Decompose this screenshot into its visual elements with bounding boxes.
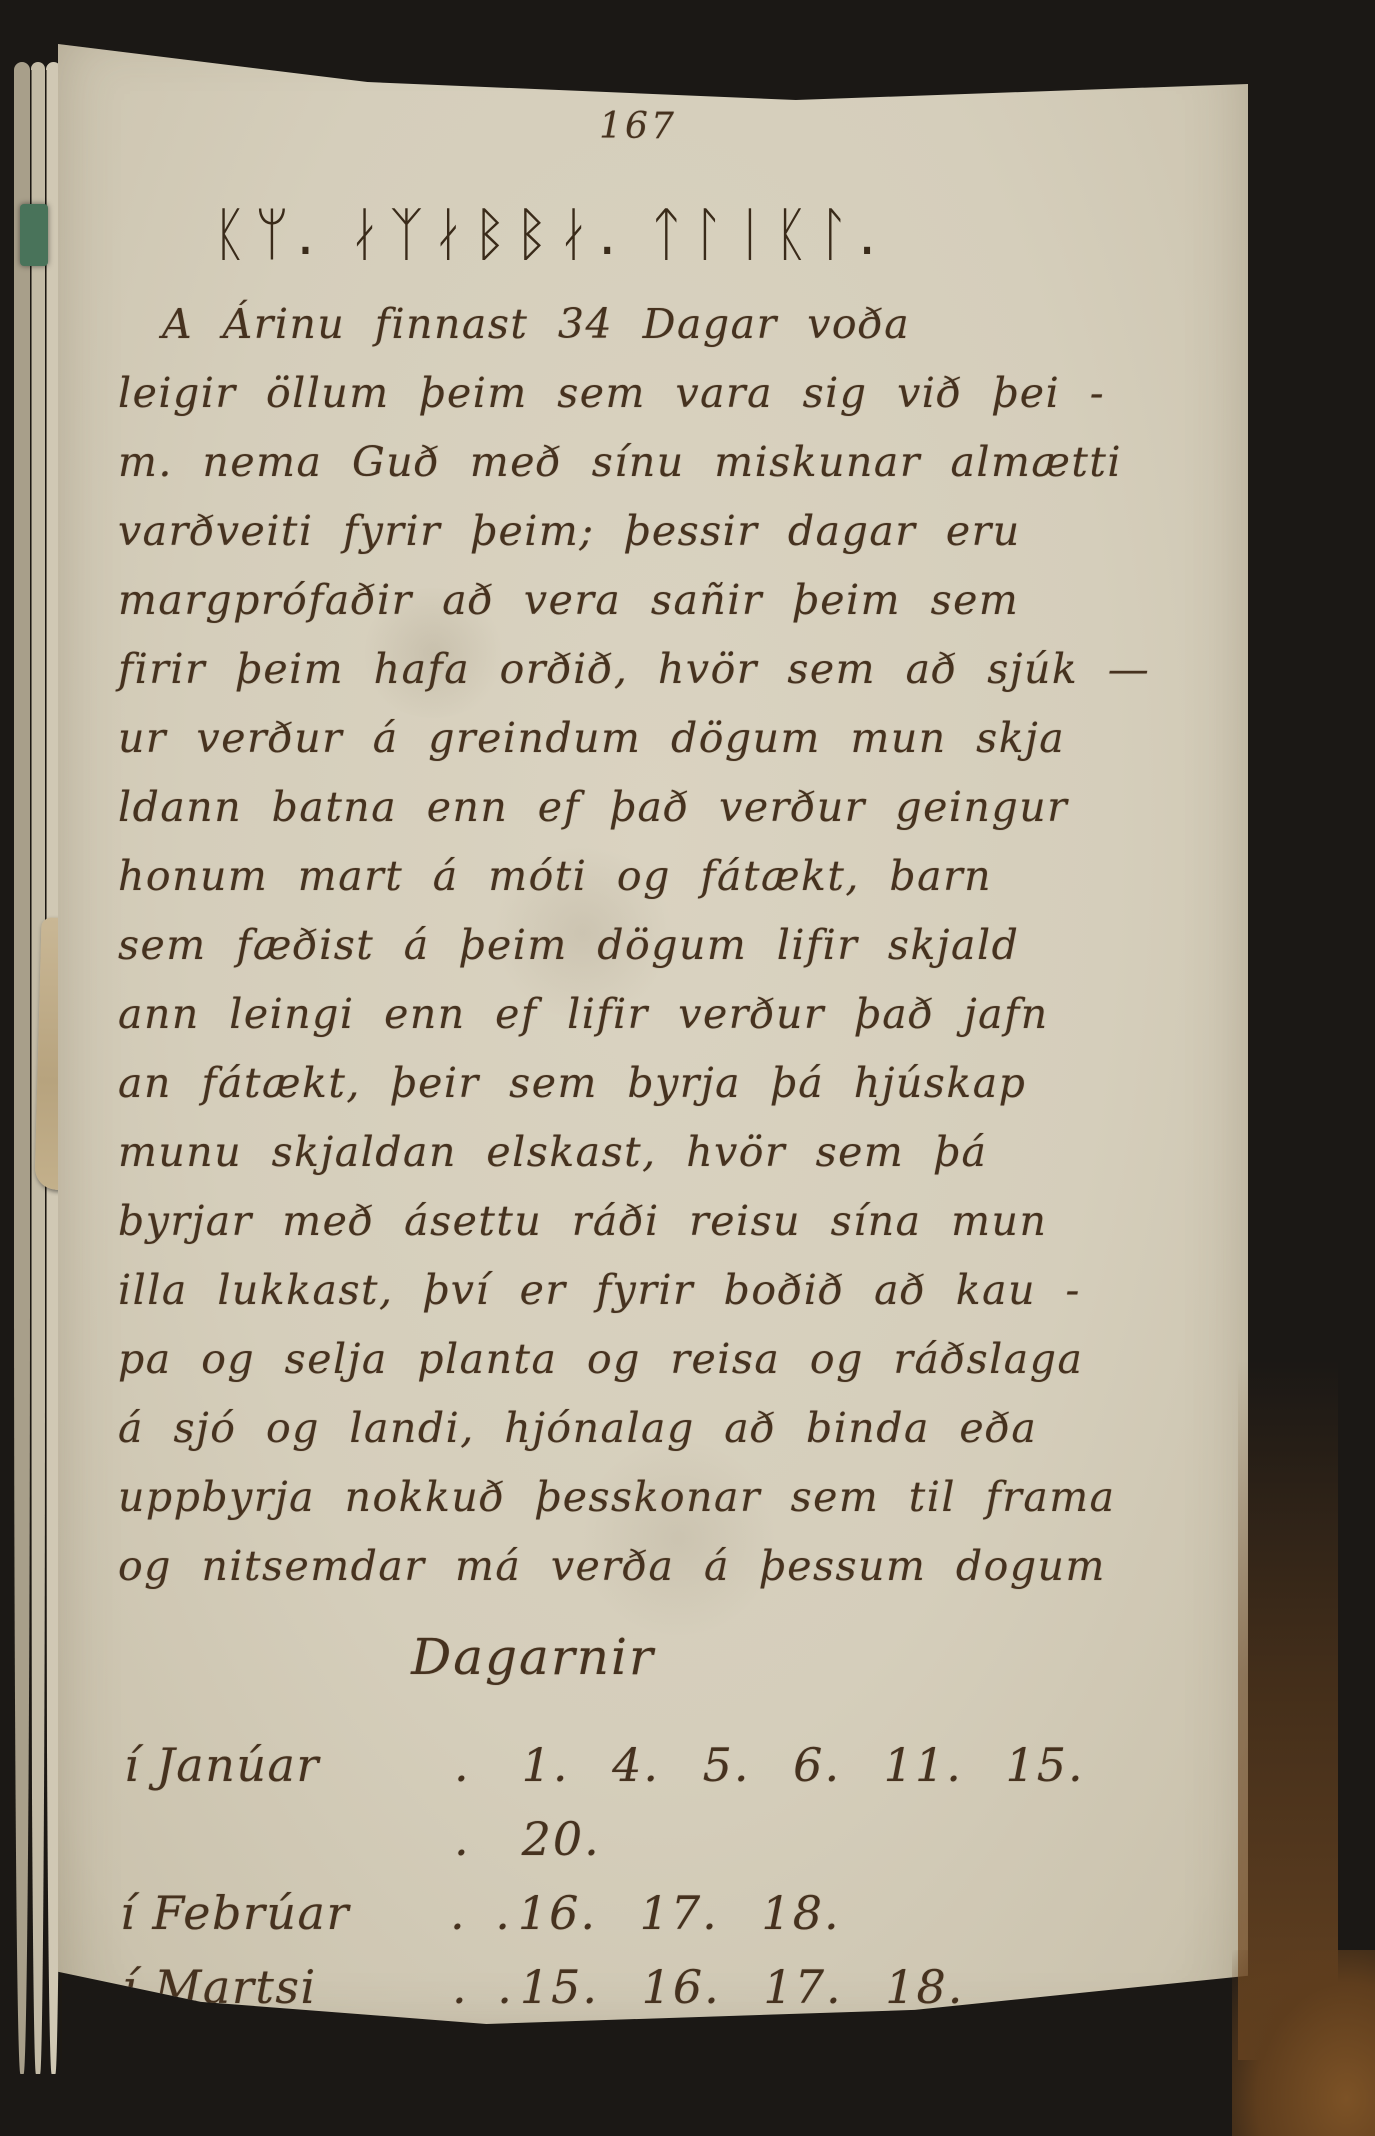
manuscript-line: ldann batna enn ef það verður geingur <box>118 773 1218 842</box>
manuscript-line: A Árinu finnast 34 Dagar voða <box>118 290 1218 359</box>
manuscript-line: varðveiti fyrir þeim; þessir dagar eru <box>118 497 1218 566</box>
month-label: í Martsi <box>122 1950 452 2024</box>
manuscript-line: sem fæðist á þeim dögum lifir skjald <box>118 911 1218 980</box>
manuscript-line: uppbyrja nokkuð þesskonar sem til frama <box>118 1463 1218 1532</box>
manuscript-line: m. nema Guð með sínu miskunar almætti <box>118 428 1218 497</box>
page-edge-line <box>30 70 32 2060</box>
manuscript-line: byrjar með ásettu ráði reisu sína mun <box>118 1187 1218 1256</box>
month-label: í Febrúar <box>120 1876 450 1950</box>
brown-stain-corner <box>1232 1950 1375 2136</box>
dot-leader: . . <box>454 1728 522 1876</box>
manuscript-line: margprófaðir að vera sañir þeim sem <box>118 566 1218 635</box>
manuscript-line: firir þeim hafa orðið, hvör sem að sjúk … <box>118 635 1218 704</box>
dot-leader: . . <box>452 1950 520 2024</box>
manuscript-line: illa lukkast, því er fyrir boðið að kau … <box>118 1256 1218 1325</box>
page-edge-strip <box>14 62 30 2074</box>
day-row-march: í Martsi . . 15. 16. 17. 18. <box>122 1950 1204 2024</box>
manuscript-scan: 167 ᛕᛘ. ᛅᛉᛅᛒᛒᛅ. ᛏᛚᛁᛕᛚ. A Árinu finnast 3… <box>0 0 1375 2136</box>
day-row-february: í Febrúar . . 16. 17. 18. <box>120 1876 1204 1950</box>
month-label: í Janúar <box>124 1728 454 1802</box>
day-values: 15. 16. 17. 18. <box>520 1950 965 2024</box>
manuscript-line: leigir öllum þeim sem vara sig við þei - <box>118 359 1218 428</box>
manuscript-line: pa og selja planta og reisa og ráðslaga <box>118 1325 1218 1394</box>
page-number: 167 <box>58 106 1248 147</box>
manuscript-line: ur verður á greindum dögum mun skja <box>118 704 1218 773</box>
manuscript-line: munu skjaldan elskast, hvör sem þá <box>118 1118 1218 1187</box>
dot-leader: . . <box>450 1876 518 1950</box>
runic-heading: ᛕᛘ. ᛅᛉᛅᛒᛒᛅ. ᛏᛚᛁᛕᛚ. <box>58 200 1248 268</box>
manuscript-body: A Árinu finnast 34 Dagar voða leigir öll… <box>118 290 1218 1601</box>
manuscript-line: an fátækt, þeir sem byrja þá hjúskap <box>118 1049 1218 1118</box>
day-values: 16. 17. 18. <box>518 1876 841 1950</box>
green-bookmark <box>20 204 48 266</box>
manuscript-page: 167 ᛕᛘ. ᛅᛉᛅᛒᛒᛅ. ᛏᛚᛁᛕᛚ. A Árinu finnast 3… <box>58 28 1248 2036</box>
manuscript-line: honum mart á móti og fátækt, barn <box>118 842 1218 911</box>
day-list: í Janúar . . 1. 4. 5. 6. 11. 15. 20. í F… <box>124 1728 1204 2024</box>
day-row-january: í Janúar . . 1. 4. 5. 6. 11. 15. 20. <box>124 1728 1204 1876</box>
day-values: 1. 4. 5. 6. 11. 15. 20. <box>522 1728 1204 1876</box>
manuscript-line: á sjó og landi, hjónalag að binda eða <box>118 1394 1218 1463</box>
manuscript-line: og nitsemdar má verða á þessum dogum <box>118 1532 1218 1601</box>
manuscript-line: ann leingi enn ef lifir verður það jafn <box>118 980 1218 1049</box>
day-list-heading: Dagarnir <box>58 1628 1248 1686</box>
